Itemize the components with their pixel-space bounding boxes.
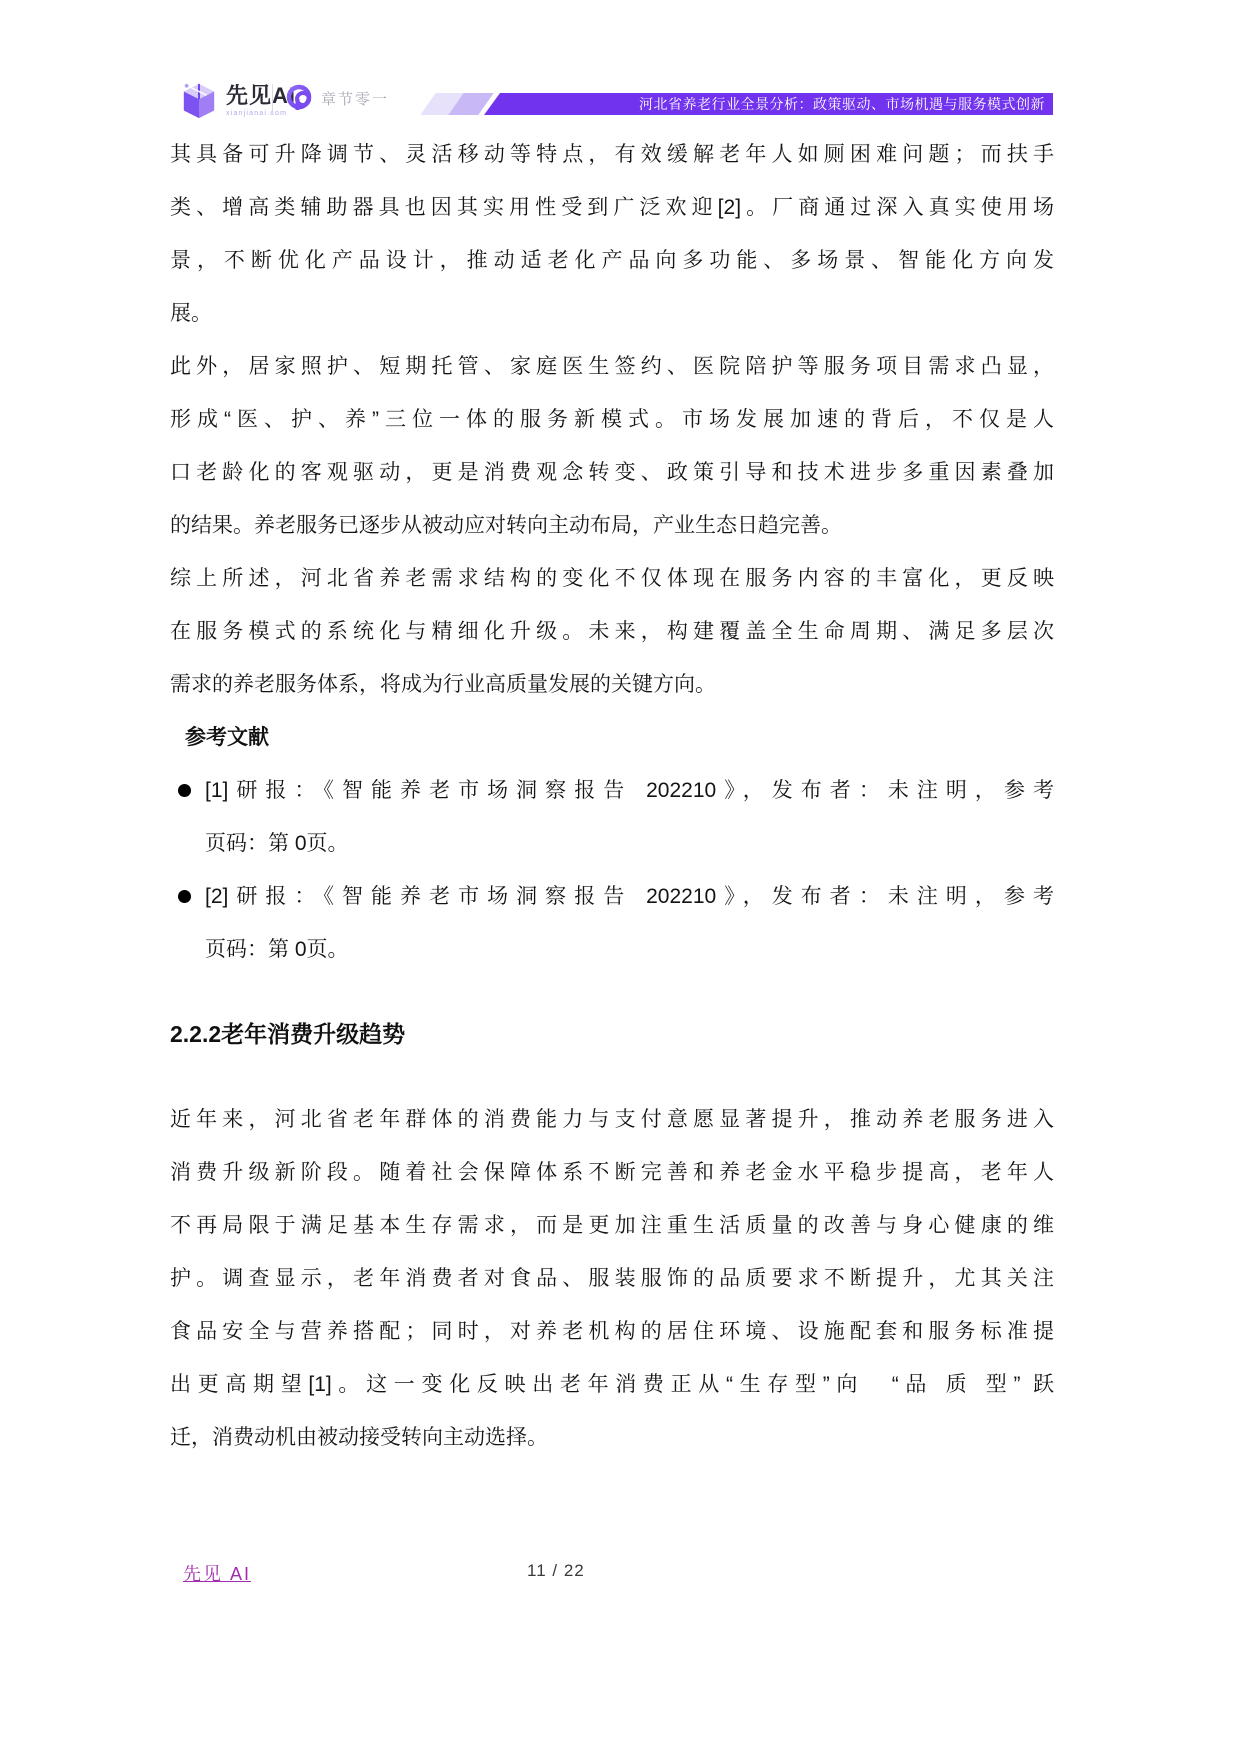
- document-page: 先见AI xianjianai.com 章节零一 河北省养老: [0, 0, 1240, 1755]
- text-line: [1]研报：《智能养老市场洞察报告 202210》，发布者：未注明，参考: [205, 764, 1054, 817]
- references-list: [1]研报：《智能养老市场洞察报告 202210》，发布者：未注明，参考页码：第…: [170, 764, 1054, 976]
- text-line: 需求的养老服务体系，将成为行业高质量发展的关键方向。: [170, 658, 1054, 711]
- text-line: 护。调查显示，老年消费者对食品、服装服饰的品质要求不断提升，尤其关注: [170, 1252, 1054, 1305]
- text-line: [2]研报：《智能养老市场洞察报告 202210》，发布者：未注明，参考: [205, 870, 1054, 923]
- text-line: 迁，消费动机由被动接受转向主动选择。: [170, 1411, 1054, 1464]
- logo-divider: [272, 84, 273, 114]
- section-heading: 2.2.2老年消费升级趋势: [170, 1008, 1054, 1061]
- reference-item: [1]研报：《智能养老市场洞察报告 202210》，发布者：未注明，参考页码：第…: [170, 764, 1054, 870]
- text-line: 在服务模式的系统化与精细化升级。未来，构建覆盖全生命周期、满足多层次: [170, 605, 1054, 658]
- page-number: 11 / 22: [527, 1561, 585, 1581]
- text-line: 食品安全与营养搭配；同时，对养老机构的居住环境、设施配套和服务标准提: [170, 1305, 1054, 1358]
- page-footer: 先见 AI 11 / 22: [0, 1560, 1240, 1592]
- document-body: 其具备可升降调节、灵活移动等特点，有效缓解老年人如厕困难问题；而扶手类、增高类辅…: [170, 128, 1054, 1464]
- banner-bar: 河北省养老行业全景分析：政策驱动、市场机遇与服务模式创新: [484, 93, 1053, 115]
- text-line: 形成“医、护、养”三位一体的服务新模式。市场发展加速的背后，不仅是人: [170, 393, 1054, 446]
- text-line: 类、增高类辅助器具也因其实用性受到广泛欢迎[2]。厂商通过深入真实使用场: [170, 181, 1054, 234]
- text-line: 其具备可升降调节、灵活移动等特点，有效缓解老年人如厕困难问题；而扶手: [170, 128, 1054, 181]
- text-line: 页码：第 0页。: [205, 817, 1054, 870]
- body-paragraphs: 其具备可升降调节、灵活移动等特点，有效缓解老年人如厕困难问题；而扶手类、增高类辅…: [170, 128, 1054, 711]
- title-banner: 河北省养老行业全景分析：政策驱动、市场机遇与服务模式创新: [420, 93, 1060, 115]
- partner-name: 章节零一: [321, 88, 389, 109]
- text-line: 景，不断优化产品设计，推动适老化产品向多功能、多场景、智能化方向发: [170, 234, 1054, 287]
- bullet-icon: [178, 890, 191, 903]
- gift-box-icon: [180, 80, 218, 122]
- paragraph: 其具备可升降调节、灵活移动等特点，有效缓解老年人如厕困难问题；而扶手类、增高类辅…: [170, 128, 1054, 340]
- report-title: 河北省养老行业全景分析：政策驱动、市场机遇与服务模式创新: [639, 93, 1045, 115]
- ring-monogram-icon: [286, 84, 314, 112]
- text-line: 近年来，河北省老年群体的消费能力与支付意愿显著提升，推动养老服务进入: [170, 1093, 1054, 1146]
- text-line: 不再局限于满足基本生存需求，而是更加注重生活质量的改善与身心健康的维: [170, 1199, 1054, 1252]
- text-line: 出更高期望[1]。这一变化反映出老年消费正从“生存型”向 “品 质 型” 跃: [170, 1358, 1054, 1411]
- bullet-icon: [178, 784, 191, 797]
- section-paragraphs: 近年来，河北省老年群体的消费能力与支付意愿显著提升，推动养老服务进入消费升级新阶…: [170, 1093, 1054, 1464]
- text-line: 页码：第 0页。: [205, 923, 1054, 976]
- references-heading: 参考文献: [170, 711, 1054, 764]
- text-line: 口老龄化的客观驱动，更是消费观念转变、政策引导和技术进步多重因素叠加: [170, 446, 1054, 499]
- text-line: 展。: [170, 287, 1054, 340]
- paragraph: 综上所述，河北省养老需求结构的变化不仅体现在服务内容的丰富化，更反映在服务模式的…: [170, 552, 1054, 711]
- paragraph: 此外，居家照护、短期托管、家庭医生签约、医院陪护等服务项目需求凸显，形成“医、护…: [170, 340, 1054, 552]
- page-header: 先见AI xianjianai.com 章节零一 河北省养老: [0, 0, 1240, 130]
- text-line: 的结果。养老服务已逐步从被动应对转向主动布局，产业生态日趋完善。: [170, 499, 1054, 552]
- reference-item: [2]研报：《智能养老市场洞察报告 202210》，发布者：未注明，参考页码：第…: [170, 870, 1054, 976]
- footer-brand-link[interactable]: 先见 AI: [183, 1560, 251, 1586]
- paragraph: 近年来，河北省老年群体的消费能力与支付意愿显著提升，推动养老服务进入消费升级新阶…: [170, 1093, 1054, 1464]
- text-line: 消费升级新阶段。随着社会保障体系不断完善和养老金水平稳步提高，老年人: [170, 1146, 1054, 1199]
- brand-logo: 先见AI xianjianai.com: [180, 80, 296, 122]
- partner-logo: 章节零一: [286, 84, 389, 112]
- text-line: 此外，居家照护、短期托管、家庭医生签约、医院陪护等服务项目需求凸显，: [170, 340, 1054, 393]
- text-line: 综上所述，河北省养老需求结构的变化不仅体现在服务内容的丰富化，更反映: [170, 552, 1054, 605]
